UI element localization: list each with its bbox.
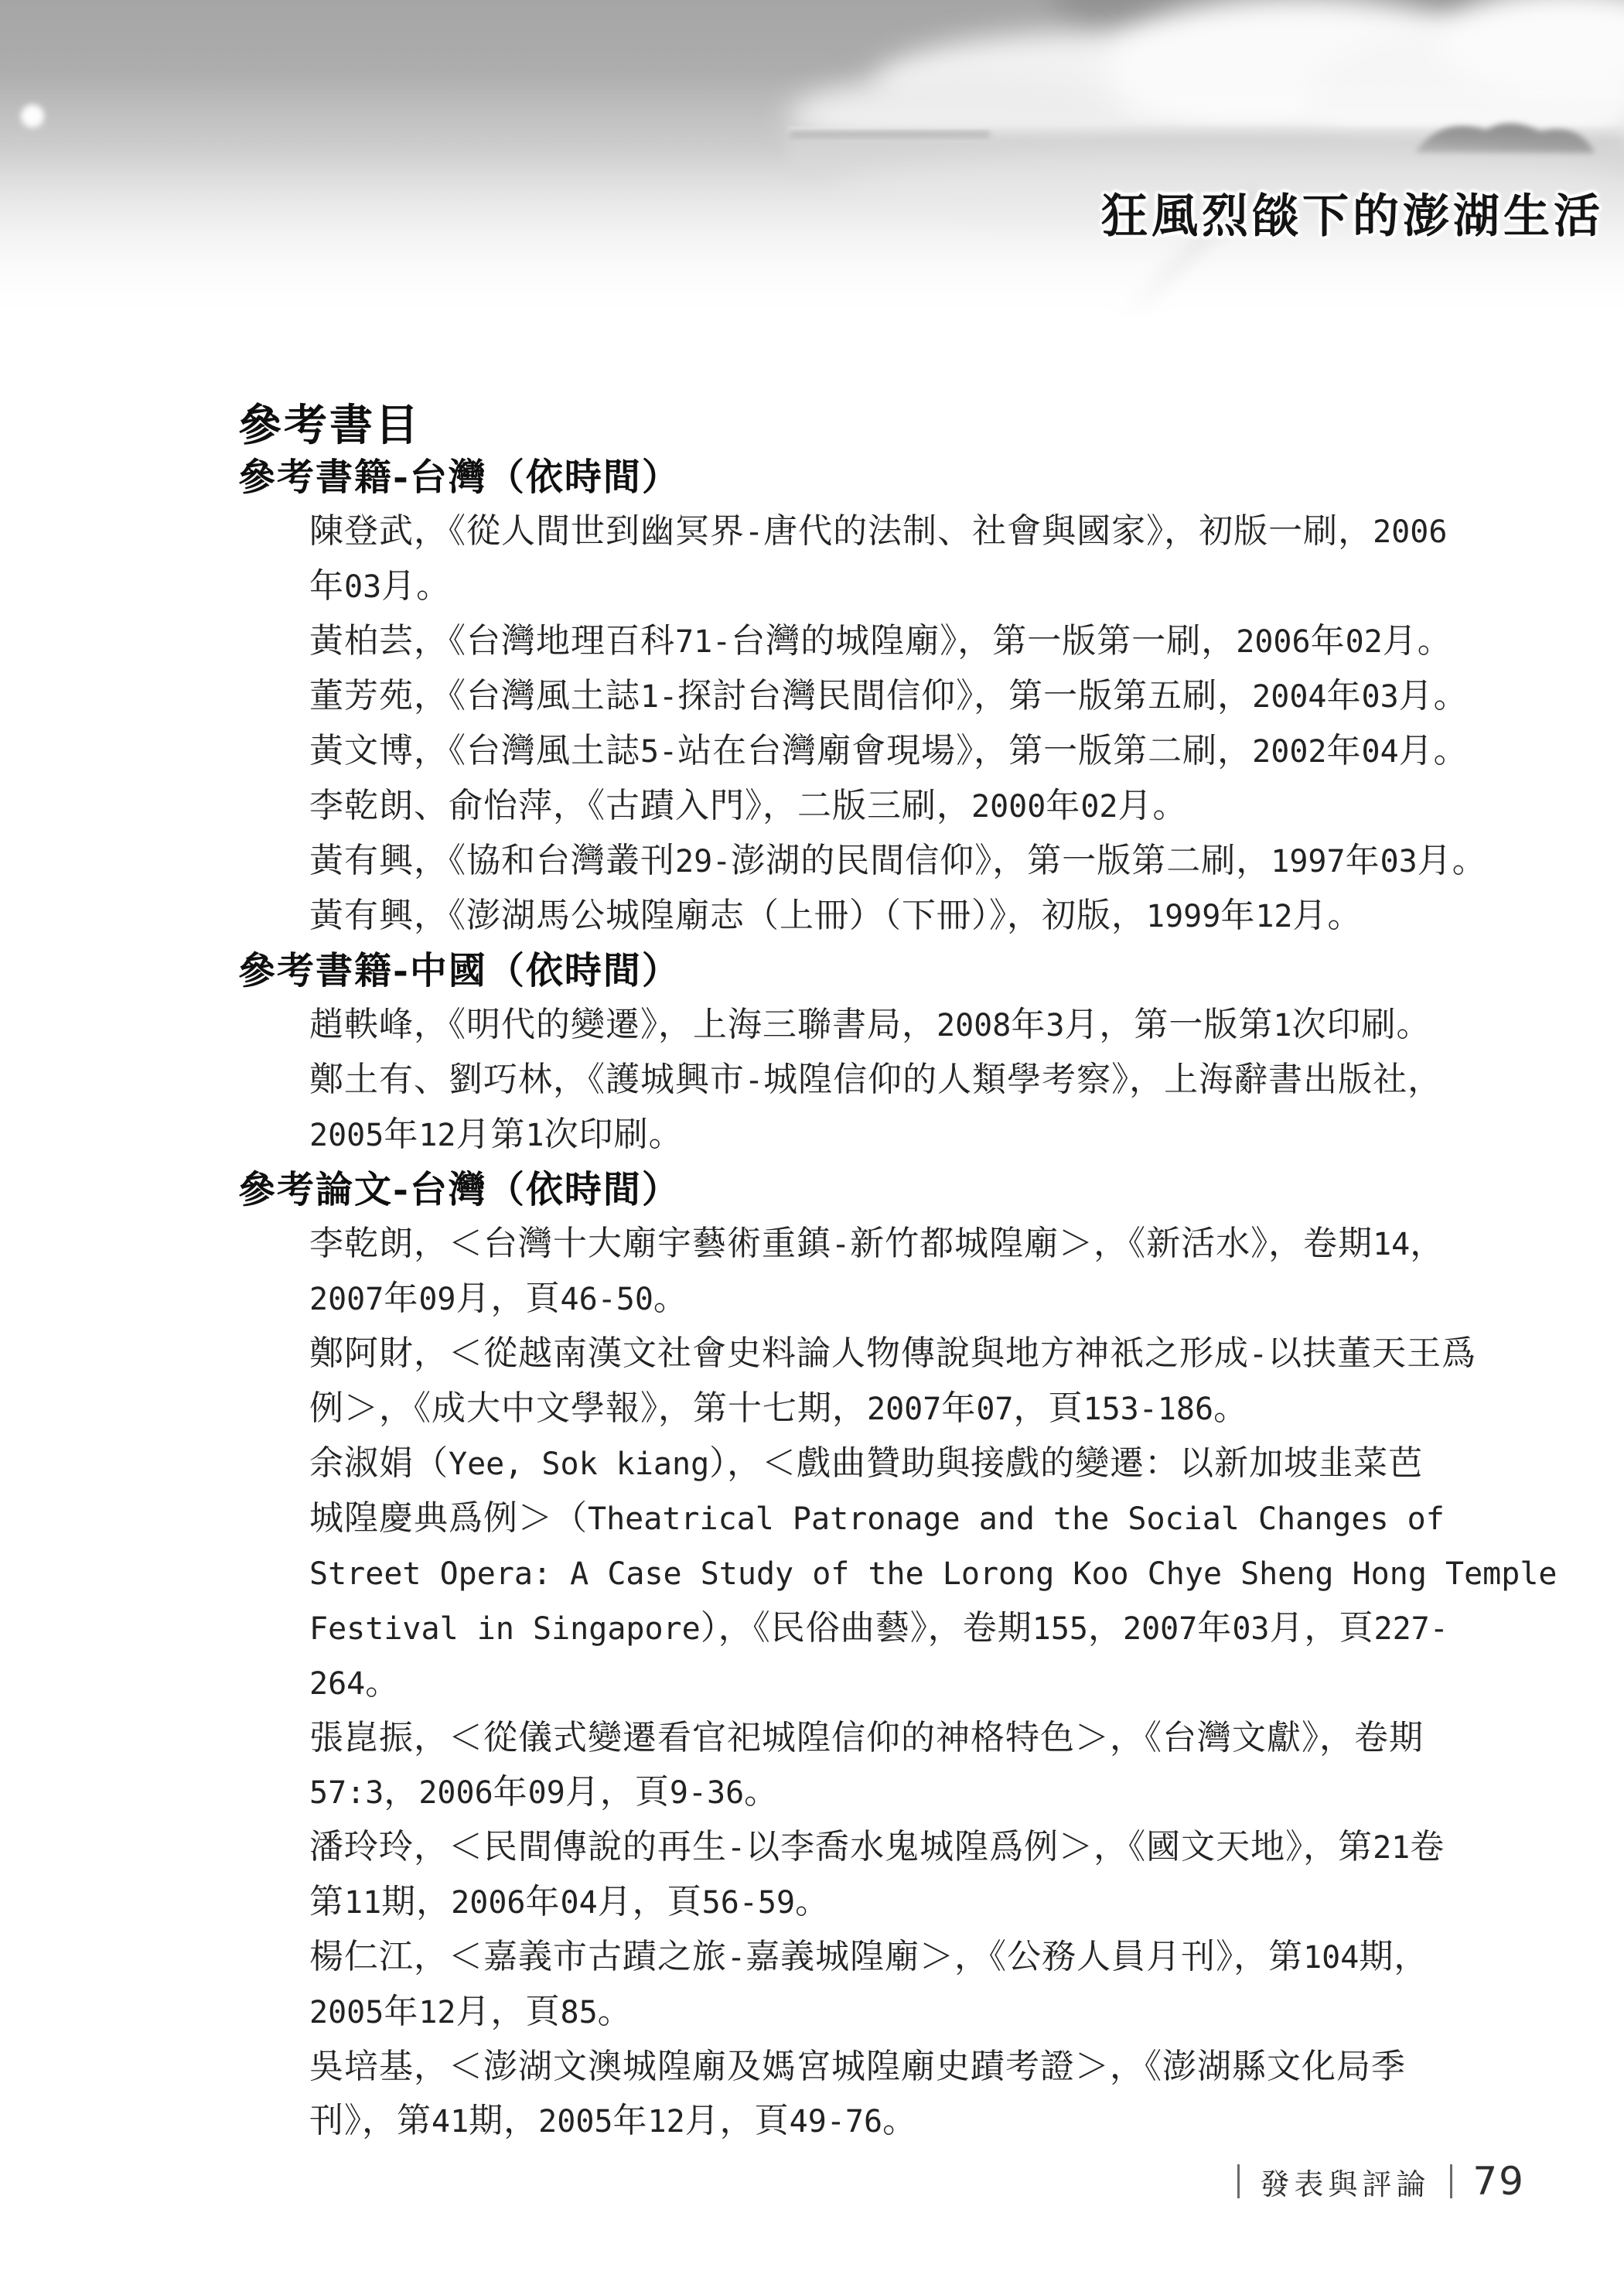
latin-text-run: 49-76 bbox=[790, 2104, 882, 2140]
bibliography-entry: 黃文博，《台灣風土誌5-站在台灣廟會現場》，第一版第二刷，2002年04月。 bbox=[238, 724, 1414, 779]
entry-line: 2005年12月第1次印刷。 bbox=[309, 1108, 1414, 1163]
bibliography-entry: 鄭阿財，＜從越南漢文社會史料論人物傳說與地方神祇之形成-以扶董天王爲例＞，《成大… bbox=[238, 1327, 1414, 1436]
bibliography-entry: 吳培基，＜澎湖文澳城隍廟及媽宮城隍廟史蹟考證＞，《澎湖縣文化局季刊》，第41期，… bbox=[238, 2040, 1414, 2149]
page-footer: 發表與評論 79 bbox=[1237, 2159, 1525, 2204]
bibliography-entry: 黃有興，《澎湖馬公城隍廟志（上冊）（下冊）》，初版，1999年12月。 bbox=[238, 889, 1414, 944]
entry-line: 趙軼峰，《明代的變遷》，上海三聯書局，2008年3月，第一版第1次印刷。 bbox=[309, 998, 1414, 1053]
latin-text-run: 2006 bbox=[1373, 514, 1447, 550]
entry-line: 2005年12月，頁85。 bbox=[309, 1985, 1414, 2040]
entry-line: 余淑娟（Yee, Sok kiang），＜戲曲贊助與接戲的變遷：以新加坡韭菜芭 bbox=[309, 1436, 1414, 1491]
section-heading: 參考書籍-台灣（依時間） bbox=[238, 450, 1414, 504]
latin-text-run: 21 bbox=[1373, 1830, 1410, 1866]
latin-text-run: 2004 bbox=[1252, 679, 1326, 715]
bibliography-entry: 李乾朗、俞怡萍，《古蹟入門》，二版三刷，2000年02月。 bbox=[238, 779, 1414, 834]
latin-text-run: 04 bbox=[1362, 734, 1399, 770]
bibliography-entry: 陳登武，《從人間世到幽冥界-唐代的法制、社會與國家》，初版一刷，2006年03月… bbox=[238, 504, 1414, 614]
latin-text-run: - bbox=[727, 1940, 745, 1976]
latin-text-run: 9-36 bbox=[670, 1775, 744, 1811]
latin-text-run: 2007 bbox=[867, 1392, 941, 1427]
footer-section-label: 發表與評論 bbox=[1260, 2160, 1430, 2203]
footer-separator bbox=[1237, 2164, 1240, 2198]
latin-text-run: 12 bbox=[648, 2104, 685, 2140]
bibliography-entry: 董芳苑，《台灣風土誌1-探討台灣民間信仰》，第一版第五刷，2004年03月。 bbox=[238, 669, 1414, 724]
latin-text-run: 227- bbox=[1373, 1611, 1448, 1647]
latin-text-run: - bbox=[727, 1830, 745, 1866]
latin-text-run: 1 bbox=[526, 1118, 544, 1153]
latin-text-run: 1- bbox=[640, 679, 677, 715]
bibliography-title: 參考書目 bbox=[238, 401, 1414, 450]
header-photo bbox=[0, 0, 1624, 333]
latin-text-run: 03 bbox=[1380, 844, 1418, 879]
latin-text-run: 85 bbox=[561, 1995, 598, 2030]
latin-text-run: 2007 bbox=[1123, 1611, 1197, 1647]
entry-line: 黃有興，《協和台灣叢刊29-澎湖的民間信仰》，第一版第二刷，1997年03月。 bbox=[309, 834, 1414, 889]
latin-text-run: Theatrical Patronage and the Social Chan… bbox=[588, 1501, 1445, 1537]
latin-text-run: 1 bbox=[1273, 1008, 1291, 1043]
entry-line: 57:3，2006年09月，頁9-36。 bbox=[309, 1765, 1414, 1820]
latin-text-run: 09 bbox=[418, 1282, 455, 1317]
entry-line: 吳培基，＜澎湖文澳城隍廟及媽宮城隍廟史蹟考證＞，《澎湖縣文化局季 bbox=[309, 2040, 1414, 2094]
bibliography-entry: 黃柏芸，《台灣地理百科71-台灣的城隍廟》，第一版第一刷，2006年02月。 bbox=[238, 614, 1414, 669]
entry-line: Festival in Singapore），《民俗曲藝》，卷期155，2007… bbox=[309, 1601, 1414, 1656]
latin-text-run: 71- bbox=[675, 624, 731, 660]
entry-line: 年03月。 bbox=[309, 559, 1414, 614]
document-page: 狂風烈燄下的澎湖生活 參考書目 參考書籍-台灣（依時間）陳登武，《從人間世到幽冥… bbox=[0, 0, 1624, 2278]
latin-text-run: 12 bbox=[418, 1118, 455, 1153]
latin-text-run: 57:3 bbox=[309, 1775, 384, 1811]
entry-line: 刊》，第41期，2005年12月，頁49-76。 bbox=[309, 2094, 1414, 2149]
entry-line: 鄭阿財，＜從越南漢文社會史料論人物傳說與地方神祇之形成-以扶董天王爲 bbox=[309, 1327, 1414, 1381]
latin-text-run: 2006 bbox=[1236, 624, 1310, 660]
entry-line: 例＞，《成大中文學報》，第十七期，2007年07，頁153-186。 bbox=[309, 1381, 1414, 1436]
latin-text-run: 3 bbox=[1046, 1008, 1064, 1043]
entry-line: 第11期，2006年04月，頁56-59。 bbox=[309, 1875, 1414, 1930]
bibliography-sections: 參考書籍-台灣（依時間）陳登武，《從人間世到幽冥界-唐代的法制、社會與國家》，初… bbox=[238, 450, 1414, 2149]
latin-text-run: 04 bbox=[561, 1885, 598, 1921]
entry-line: 潘玲玲，＜民間傳說的再生-以李喬水鬼城隍爲例＞，《國文天地》，第21卷 bbox=[309, 1820, 1414, 1875]
latin-text-run: Festival in Singapore bbox=[309, 1611, 701, 1647]
latin-text-run: 264 bbox=[309, 1666, 365, 1702]
latin-text-run: 14 bbox=[1373, 1227, 1410, 1262]
latin-text-run: 12 bbox=[418, 1995, 455, 2030]
bibliography-entry: 楊仁江，＜嘉義市古蹟之旅-嘉義城隍廟＞，《公務人員月刊》，第104期，2005年… bbox=[238, 1930, 1414, 2040]
latin-text-run: 03 bbox=[344, 569, 381, 605]
latin-text-run: 02 bbox=[1080, 789, 1117, 825]
latin-text-run: - bbox=[745, 514, 763, 550]
latin-text-run: 29- bbox=[675, 844, 731, 879]
latin-text-run: 2007 bbox=[309, 1282, 384, 1317]
entry-line: 張崑振，＜從儀式變遷看官祀城隍信仰的神格特色＞，《台灣文獻》，卷期 bbox=[309, 1711, 1414, 1765]
entry-line: 李乾朗，＜台灣十大廟宇藝術重鎮-新竹都城隍廟＞，《新活水》，卷期14， bbox=[309, 1217, 1414, 1272]
latin-text-run: 03 bbox=[1362, 679, 1399, 715]
entry-line: 鄭土有、劉巧林，《護城興市-城隍信仰的人類學考察》，上海辭書出版社， bbox=[309, 1053, 1414, 1108]
latin-text-run: 104 bbox=[1303, 1940, 1359, 1976]
entry-line: 264。 bbox=[309, 1656, 1414, 1711]
latin-text-run: 5- bbox=[640, 734, 677, 770]
article-running-title: 狂風烈燄下的澎湖生活 bbox=[1101, 179, 1604, 246]
latin-text-run: Yee, Sok kiang bbox=[449, 1446, 709, 1482]
latin-text-run: 09 bbox=[528, 1775, 565, 1811]
bibliography-entry: 余淑娟（Yee, Sok kiang），＜戲曲贊助與接戲的變遷：以新加坡韭菜芭城… bbox=[238, 1436, 1414, 1711]
latin-text-run: 03 bbox=[1232, 1611, 1269, 1647]
latin-text-run: 12 bbox=[1255, 899, 1292, 934]
entry-line: 2007年09月，頁46-50。 bbox=[309, 1272, 1414, 1327]
footer-page-number: 79 bbox=[1472, 2159, 1525, 2204]
latin-text-run: Street Opera: A Case Study of the Lorong… bbox=[309, 1556, 1557, 1592]
latin-text-run: 2006 bbox=[451, 1885, 525, 1921]
entry-line: 黃柏芸，《台灣地理百科71-台灣的城隍廟》，第一版第一刷，2006年02月。 bbox=[309, 614, 1414, 669]
bibliography: 參考書目 參考書籍-台灣（依時間）陳登武，《從人間世到幽冥界-唐代的法制、社會與… bbox=[238, 401, 1414, 2149]
latin-text-run: 07 bbox=[976, 1392, 1013, 1427]
latin-text-run: 41 bbox=[432, 2104, 469, 2140]
latin-text-run: 1999 bbox=[1146, 899, 1220, 934]
latin-text-run: 2005 bbox=[538, 2104, 612, 2140]
entry-line: 黃文博，《台灣風土誌5-站在台灣廟會現場》，第一版第二刷，2002年04月。 bbox=[309, 724, 1414, 779]
bibliography-entry: 鄭土有、劉巧林，《護城興市-城隍信仰的人類學考察》，上海辭書出版社，2005年1… bbox=[238, 1053, 1414, 1163]
latin-text-run: 2006 bbox=[418, 1775, 493, 1811]
latin-text-run: 56-59 bbox=[702, 1885, 795, 1921]
entry-line: Street Opera: A Case Study of the Lorong… bbox=[309, 1546, 1414, 1601]
latin-text-run: 153-186 bbox=[1083, 1392, 1214, 1427]
bibliography-entry: 張崑振，＜從儀式變遷看官祀城隍信仰的神格特色＞，《台灣文獻》，卷期57:3，20… bbox=[238, 1711, 1414, 1820]
latin-text-run: - bbox=[745, 1063, 763, 1098]
latin-text-run: 2005 bbox=[309, 1118, 384, 1153]
latin-text-run: 1997 bbox=[1271, 844, 1345, 879]
latin-text-run: 155 bbox=[1032, 1611, 1088, 1647]
entry-line: 城隍慶典爲例＞（Theatrical Patronage and the Soc… bbox=[309, 1491, 1414, 1546]
latin-text-run: 46-50 bbox=[561, 1282, 653, 1317]
entry-line: 董芳苑，《台灣風土誌1-探討台灣民間信仰》，第一版第五刷，2004年03月。 bbox=[309, 669, 1414, 724]
entry-line: 黃有興，《澎湖馬公城隍廟志（上冊）（下冊）》，初版，1999年12月。 bbox=[309, 889, 1414, 944]
latin-text-run: 11 bbox=[344, 1885, 381, 1921]
bibliography-entry: 李乾朗，＜台灣十大廟宇藝術重鎮-新竹都城隍廟＞，《新活水》，卷期14，2007年… bbox=[238, 1217, 1414, 1327]
latin-text-run: 2008 bbox=[937, 1008, 1011, 1043]
bibliography-entry: 趙軼峰，《明代的變遷》，上海三聯書局，2008年3月，第一版第1次印刷。 bbox=[238, 998, 1414, 1053]
entry-line: 陳登武，《從人間世到幽冥界-唐代的法制、社會與國家》，初版一刷，2006 bbox=[309, 504, 1414, 559]
footer-separator bbox=[1450, 2164, 1452, 2198]
latin-text-run: 2000 bbox=[971, 789, 1046, 825]
latin-text-run: 2002 bbox=[1252, 734, 1326, 770]
section-heading: 參考書籍-中國（依時間） bbox=[238, 944, 1414, 998]
latin-text-run: - bbox=[831, 1227, 850, 1262]
bibliography-entry: 潘玲玲，＜民間傳說的再生-以李喬水鬼城隍爲例＞，《國文天地》，第21卷第11期，… bbox=[238, 1820, 1414, 1930]
latin-text-run: 2005 bbox=[309, 1995, 384, 2030]
latin-text-run: - bbox=[1249, 1337, 1267, 1372]
section-heading: 參考論文-台灣（依時間） bbox=[238, 1163, 1414, 1217]
bibliography-entry: 黃有興，《協和台灣叢刊29-澎湖的民間信仰》，第一版第二刷，1997年03月。 bbox=[238, 834, 1414, 889]
entry-line: 楊仁江，＜嘉義市古蹟之旅-嘉義城隍廟＞，《公務人員月刊》，第104期， bbox=[309, 1930, 1414, 1985]
latin-text-run: 02 bbox=[1346, 624, 1383, 660]
entry-line: 李乾朗、俞怡萍，《古蹟入門》，二版三刷，2000年02月。 bbox=[309, 779, 1414, 834]
